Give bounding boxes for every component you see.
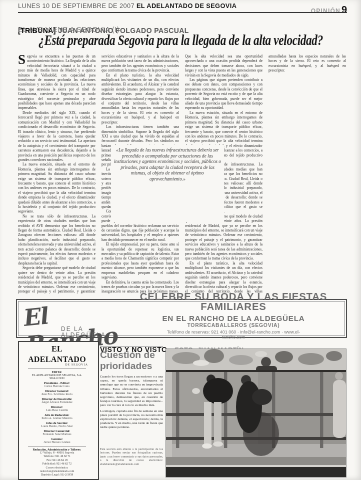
advert-line2: EN EL RANCHO DE LA ALDEGÜELA <box>121 315 346 323</box>
section-label: OPINIÓN9 <box>311 0 347 18</box>
page-number: 9 <box>341 5 347 16</box>
lead-paragraph: Segovia se encuentra a las puertas de un… <box>18 54 96 110</box>
advert-el-rancho: El Rancho DE LA ALDEGÜELA CELEBRE SU BOD… <box>16 299 347 338</box>
masthead-box: EL ADELANTADO DE SEGOVIA EDITA: EL ADELA… <box>18 341 99 480</box>
dateline-paper: EL ADELANTADO DE SEGOVIA <box>136 3 236 10</box>
masthead-edita2: SIGLO XXI <box>19 377 95 380</box>
masthead-address: C/ Vallejo, 8 · 40001 SegoviaTeléfono: 9… <box>19 452 95 478</box>
dateline-date: LUNES 10 DE SEPTIEMBRE DE 2007 <box>18 3 134 10</box>
advert-line1: CELEBRE SU BODA Y LAS FIESTAS FAMILIARES <box>121 293 346 314</box>
masthead-staff-list: Presidente - Editor:Carlos Herranz CanoD… <box>19 382 95 445</box>
article-kicker: [TRIBUNA] JUAN ANTONIO FOLGADO PASCUAL <box>18 20 189 26</box>
advert-logo: El Rancho DE LA ALDEGÜELA <box>17 300 121 337</box>
drop-cap: S <box>18 54 27 65</box>
masthead-content: EL ADELANTADO DE SEGOVIA EDITA: EL ADELA… <box>19 342 95 477</box>
bullring-fence-photo <box>166 349 346 477</box>
dateline: LUNES 10 DE SEPTIEMBRE DE 2007 EL ADELAN… <box>18 3 237 10</box>
masthead-rule <box>28 369 86 370</box>
newspaper-page: LUNES 10 DE SEPTIEMBRE DE 2007 EL ADELAN… <box>0 0 361 480</box>
article-headline: ¿Está preparada Segovia para la llegada … <box>16 31 345 51</box>
advert-line3: TORRECABALLEROS (SEGOVIA) <box>121 324 346 329</box>
visto-note: Esta sección está abierta a la participa… <box>100 448 163 478</box>
advert-text: CELEBRE SU BODA Y LAS FIESTAS FAMILIARES… <box>121 293 346 345</box>
pull-quote: «La llegada de las nuevas infraestructur… <box>111 145 224 222</box>
masthead-rule-2 <box>28 446 86 447</box>
visto-rule <box>100 346 163 347</box>
photo-illustration <box>166 349 346 477</box>
masthead-title: EL ADELANTADO <box>22 344 92 365</box>
advert-logo-sub: DE LA ALDEGÜELA <box>61 327 121 339</box>
visto-headline: Cuestión de prioridades <box>100 351 163 372</box>
header-rule <box>18 12 347 13</box>
visto-body: Cuando los toros llegan a un encierro o … <box>100 375 163 445</box>
